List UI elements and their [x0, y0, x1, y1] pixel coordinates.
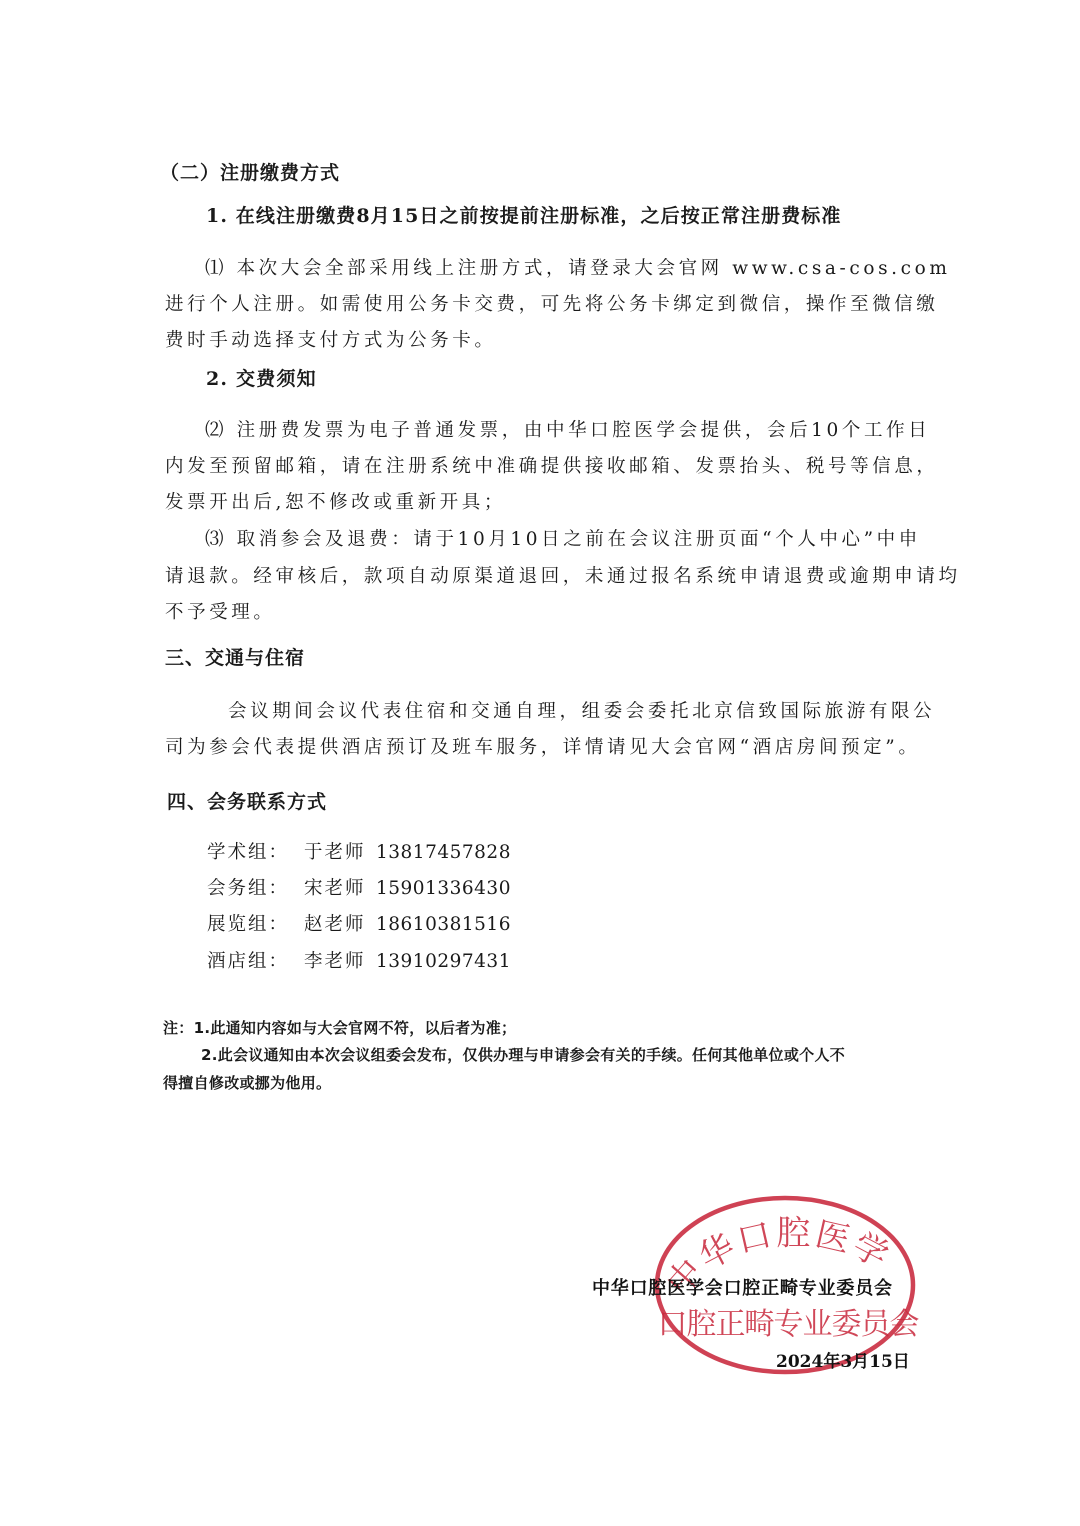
paragraph-4-line-1: 会议期间会议代表住宿和交通自理，组委会委托北京信致国际旅游有限公	[228, 699, 935, 725]
paragraph-1-line-1: ⑴ 本次大会全部采用线上注册方式，请登录大会官网 www.csa-cos.com	[205, 256, 951, 282]
item-title-payment-notes: 2. 交费须知	[206, 366, 317, 392]
contact-phone: 13910297431	[376, 951, 511, 972]
paragraph-3-line-3: 不予受理。	[165, 600, 276, 626]
section-title-registration-payment: （二）注册缴费方式	[160, 160, 340, 186]
contact-row: 酒店组：李老师13910297431	[207, 949, 511, 975]
contact-phone: 18610381516	[376, 914, 511, 935]
paragraph-1-line-3: 费时手动选择支付方式为公务卡。	[165, 328, 497, 354]
signature-organization: 中华口腔医学会口腔正畸专业委员会	[592, 1274, 893, 1300]
paragraph-2-line-2: 内发至预留邮箱，请在注册系统中准确提供接收邮箱、发票抬头、税号等信息，	[165, 454, 939, 480]
paragraph-2-line-1: ⑵ 注册费发票为电子普通发票，由中华口腔医学会提供，会后10个工作日	[205, 418, 930, 444]
contact-phone: 15901336430	[376, 878, 511, 899]
document-page: （二）注册缴费方式 1. 在线注册缴费8月15日之前按提前注册标准，之后按正常注…	[0, 0, 1080, 1526]
paragraph-1-line-2: 进行个人注册。如需使用公务卡交费，可先将公务卡绑定到微信，操作至微信缴	[165, 292, 939, 318]
contact-teacher: 赵老师	[304, 912, 376, 938]
contact-teacher: 李老师	[304, 949, 376, 975]
section-title-transport-accommodation: 三、交通与住宿	[165, 645, 305, 671]
note-line-2: 2.此会议通知由本次会议组委会发布，仅供办理与申请参会有关的手续。任何其他单位或…	[201, 1044, 845, 1066]
section-title-contacts: 四、会务联系方式	[167, 789, 327, 815]
paragraph-3-line-2: 请退款。经审核后，款项自动原渠道退回，未通过报名系统申请退费或逾期申请均	[165, 564, 961, 590]
note-line-1: 注：1.此通知内容如与大会官网不符，以后者为准；	[163, 1017, 516, 1039]
contact-group: 会务组：	[207, 876, 304, 902]
contact-group: 学术组：	[207, 840, 304, 866]
signature-date: 2024年3月15日	[776, 1347, 910, 1372]
note-line-3: 得擅自修改或挪为他用。	[163, 1072, 331, 1094]
contact-group: 展览组：	[207, 912, 304, 938]
paragraph-3-line-1: ⑶ 取消参会及退费：请于10月10日之前在会议注册页面“个人中心”中申	[205, 527, 921, 553]
contact-row: 会务组：宋老师15901336430	[207, 876, 511, 902]
paragraph-4-line-2: 司为参会代表提供酒店预订及班车服务，详情请见大会官网“酒店房间预定”。	[165, 735, 920, 761]
contact-phone: 13817457828	[376, 842, 511, 863]
seal-inner-text: 口腔正畸专业委员会	[658, 1307, 920, 1342]
contact-row: 学术组：于老师13817457828	[207, 840, 511, 866]
contact-group: 酒店组：	[207, 949, 304, 975]
paragraph-2-line-3: 发票开出后,恕不修改或重新开具；	[165, 490, 506, 516]
contact-teacher: 宋老师	[304, 876, 376, 902]
contact-teacher: 于老师	[304, 840, 376, 866]
contact-row: 展览组：赵老师18610381516	[207, 912, 511, 938]
item-title-online-registration: 1. 在线注册缴费8月15日之前按提前注册标准，之后按正常注册费标准	[206, 203, 842, 229]
